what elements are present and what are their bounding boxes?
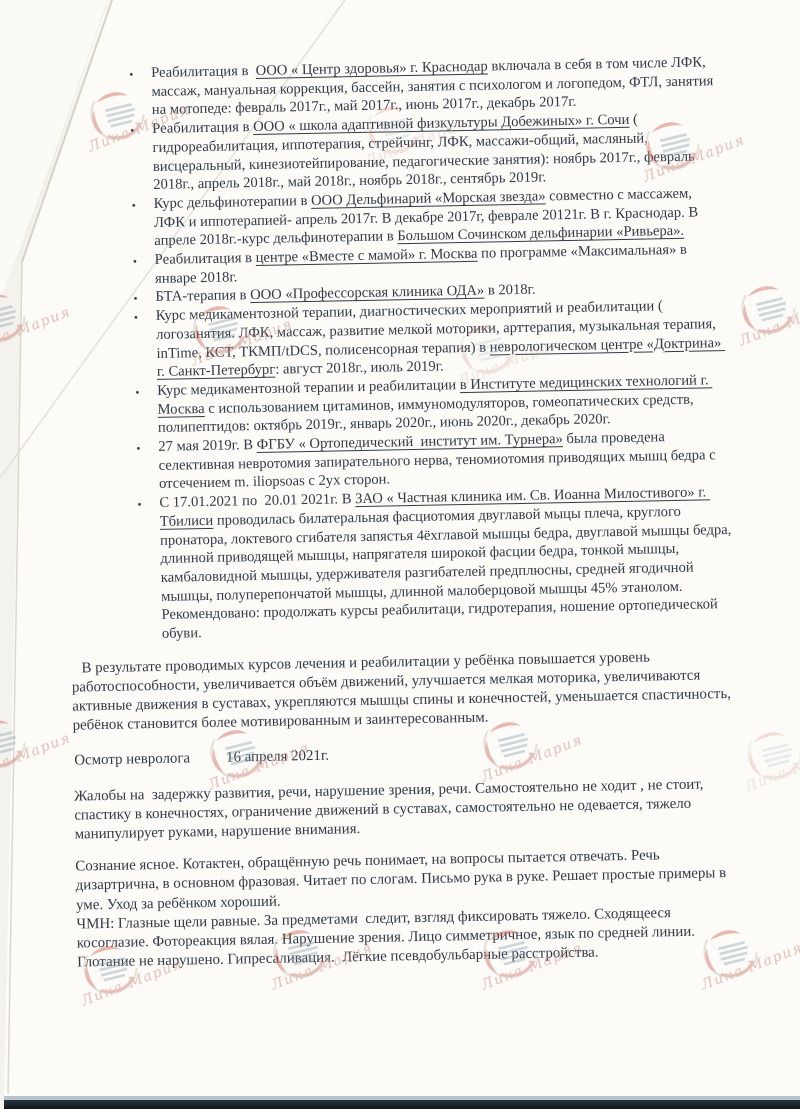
exam-label: Осмотр невролога	[74, 750, 190, 768]
bullet-item: Курс медикаментозной терапии, диагностич…	[156, 296, 729, 382]
bullet-text: Реабилитация в	[151, 63, 256, 81]
exam-header: Осмотр невролога16 апреля 2021г.	[74, 739, 744, 769]
document-body: Реабилитация в ООО « Центр здоровья» г. …	[55, 51, 748, 973]
bullet-text: БТА-терапия в	[155, 288, 250, 306]
clinic-name-underlined: центре «Вместе с мамой» г. Москва	[255, 246, 477, 266]
bullet-item: С 17.01.2021 по 20.01 2021г. В ЗАО « Час…	[159, 483, 734, 644]
exam-date: 16 апреля 2021г.	[226, 747, 329, 765]
scanner-edge-band	[4, 1100, 800, 1109]
bullet-text: С 17.01.2021 по 20.01 2021г. В	[159, 491, 355, 511]
clinic-name-underlined: ООО Дельфинарий «Морская звезда»	[311, 188, 546, 209]
scanned-document-page: Реабилитация в ООО « Центр здоровья» г. …	[0, 0, 800, 1109]
bullet-text: проводилась билатеральная фасциотомия дв…	[160, 504, 735, 642]
bullet-text: : август 2018г., июль 2019г.	[275, 359, 444, 378]
bullet-item: Реабилитация в ООО « школа адаптивной фи…	[152, 109, 725, 195]
complaints-paragraph: Жалобы на задержку развития, речи, наруш…	[74, 774, 745, 844]
bullet-text: Курс медикаментозной терапии и реабилита…	[157, 377, 460, 399]
result-paragraph: В результате проводимых курсов лечения и…	[71, 647, 740, 737]
bullet-text: в 2018г.	[484, 282, 536, 299]
clinic-name-underlined: ООО « Центр здоровья» г. Краснодар	[256, 59, 488, 79]
bullet-text: Реабилитация в	[152, 119, 253, 137]
bullet-text: 27 мая 2019г. В	[158, 437, 257, 455]
bullet-list: Реабилитация в ООО « Центр здоровья» г. …	[55, 51, 742, 646]
bullet-text: Реабилитация в	[155, 250, 256, 268]
bullet-text: Курс дельфинотерапии в	[153, 193, 311, 212]
